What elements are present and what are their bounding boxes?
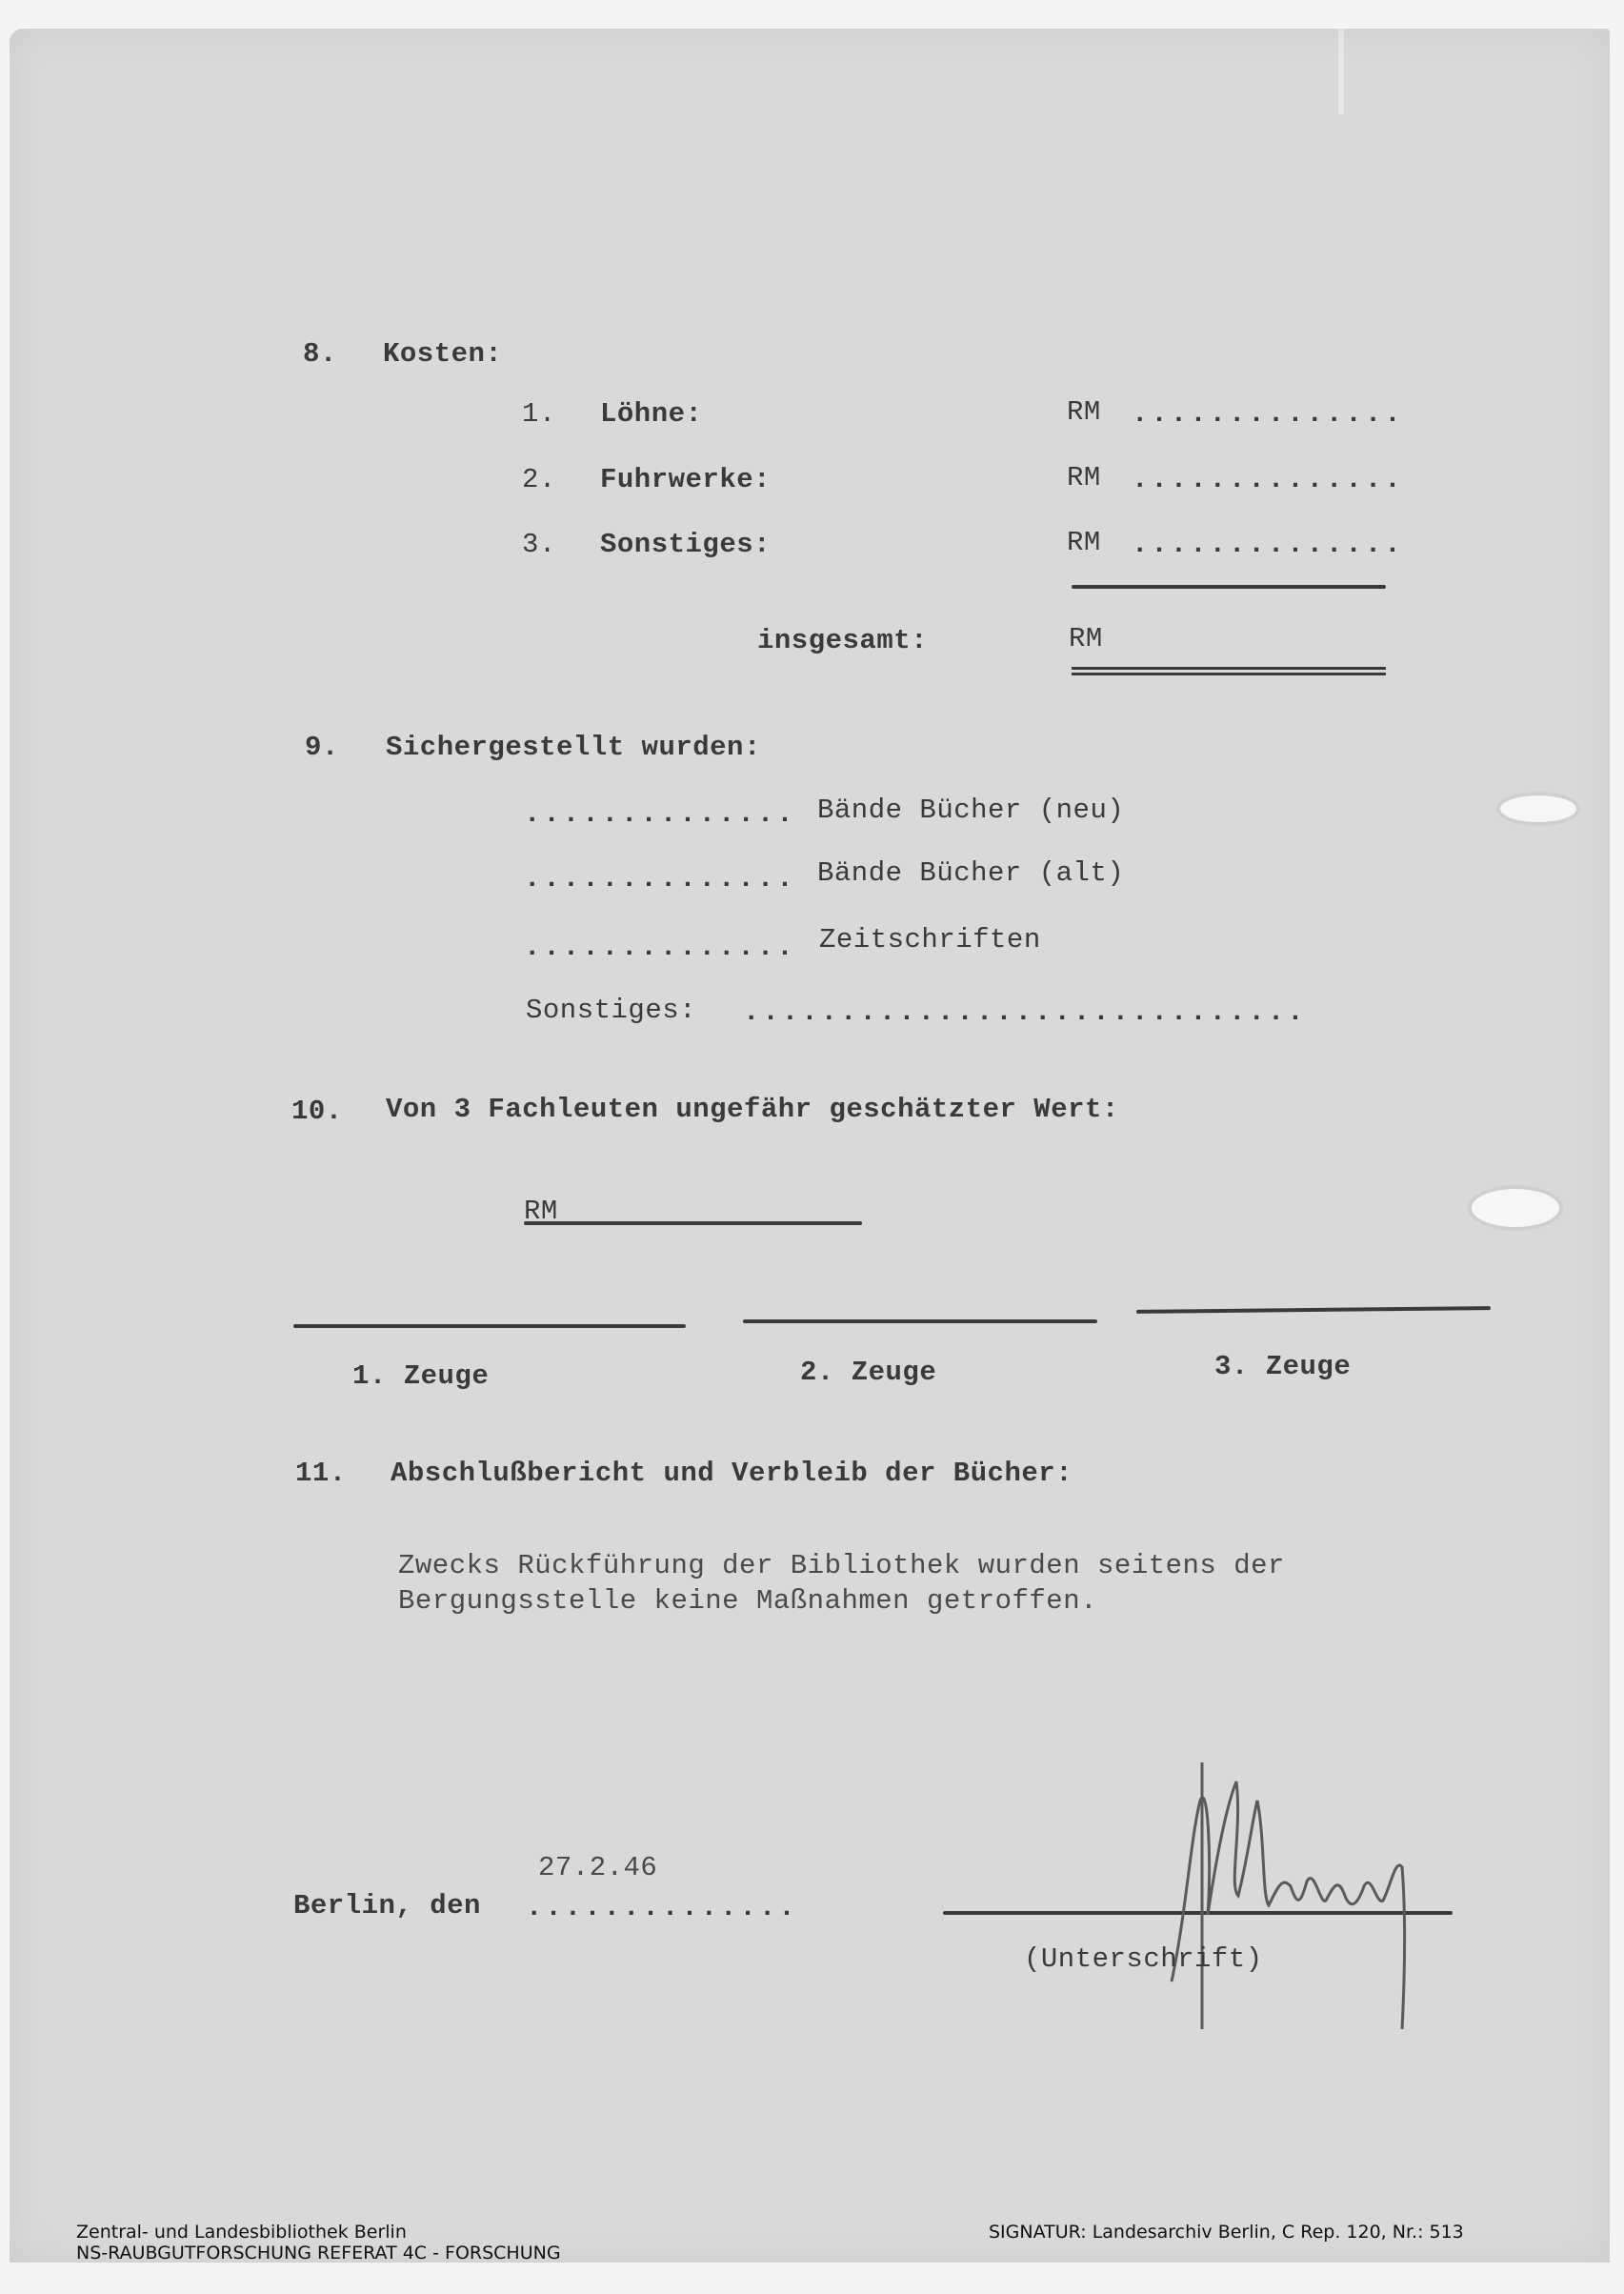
section8-title: Kosten:: [383, 338, 502, 371]
total-currency: RM: [1069, 623, 1103, 655]
footer-signature-ref: SIGNATUR: Landesarchiv Berlin, C Rep. 12…: [989, 2222, 1464, 2243]
total-double-underline: [1072, 667, 1386, 675]
cost-item-value-3[interactable]: ..............: [1132, 529, 1404, 561]
final-report-line-2: Bergungsstelle keine Maßnahmen getroffen…: [398, 1585, 1097, 1618]
cost-item-number-1: 1.: [522, 398, 556, 431]
punch-hole-bottom: [1472, 1189, 1559, 1227]
cost-item-number-3: 3.: [522, 529, 556, 561]
cost-item-label-3: Sonstiges:: [600, 529, 771, 561]
cost-item-label-2: Fuhrwerke:: [600, 464, 771, 496]
cost-item-currency-1: RM: [1067, 396, 1101, 429]
section10-number: 10.: [291, 1096, 343, 1128]
cost-item-currency-2: RM: [1067, 462, 1101, 494]
section11-title: Abschlußbericht und Verbleib der Bücher:: [391, 1458, 1073, 1490]
secured-value-2[interactable]: ..............: [524, 863, 796, 895]
witness-3-label: 3. Zeuge: [1214, 1351, 1351, 1383]
closing-date[interactable]: 27.2.46: [538, 1852, 657, 1884]
footer-institution: Zentral- und Landesbibliothek Berlin: [76, 2222, 407, 2243]
secured-other-label: Sonstiges:: [526, 995, 696, 1027]
subtotal-rule: [1072, 585, 1386, 589]
total-label: insgesamt:: [757, 625, 928, 657]
secured-label-2: Bände Bücher (alt): [817, 857, 1124, 890]
footer-department: NS-RAUBGUTFORSCHUNG REFERAT 4C - FORSCHU…: [76, 2243, 561, 2264]
cost-item-label-1: Löhne:: [600, 398, 702, 431]
handwritten-signature: [1095, 1743, 1495, 2039]
witness-1-label: 1. Zeuge: [352, 1360, 489, 1393]
closing-date-dots: ..............: [526, 1892, 798, 1924]
punch-hole-top: [1500, 795, 1576, 822]
paper-crease: [1338, 29, 1344, 114]
cost-item-value-2[interactable]: ..............: [1132, 464, 1404, 496]
section9-number: 9.: [305, 732, 339, 764]
section11-number: 11.: [295, 1458, 347, 1490]
cost-item-number-2: 2.: [522, 464, 556, 496]
cost-item-value-1[interactable]: ..............: [1132, 398, 1404, 431]
section10-title: Von 3 Fachleuten ungefähr geschätzter We…: [386, 1094, 1119, 1126]
closing-place-label: Berlin, den: [293, 1890, 481, 1922]
section8-number: 8.: [303, 338, 337, 371]
torn-paper-edge: [0, 2263, 1624, 2294]
witness-2-label: 2. Zeuge: [800, 1357, 936, 1389]
secured-label-1: Bände Bücher (neu): [817, 795, 1124, 827]
cost-item-currency-3: RM: [1067, 527, 1101, 559]
section9-title: Sichergestellt wurden:: [386, 732, 761, 764]
signature-caption: (Unterschrift): [1024, 1943, 1263, 1976]
estimate-value-line[interactable]: [524, 1221, 862, 1225]
witness-2-signature-line[interactable]: [743, 1319, 1097, 1323]
witness-1-signature-line[interactable]: [293, 1324, 686, 1328]
secured-value-3[interactable]: ..............: [524, 932, 796, 964]
secured-other-value[interactable]: .............................: [743, 996, 1307, 1029]
secured-value-1[interactable]: ..............: [524, 798, 796, 831]
final-report-line-1: Zwecks Rückführung der Bibliothek wurden…: [398, 1550, 1285, 1582]
secured-label-3: Zeitschriften: [819, 924, 1041, 956]
